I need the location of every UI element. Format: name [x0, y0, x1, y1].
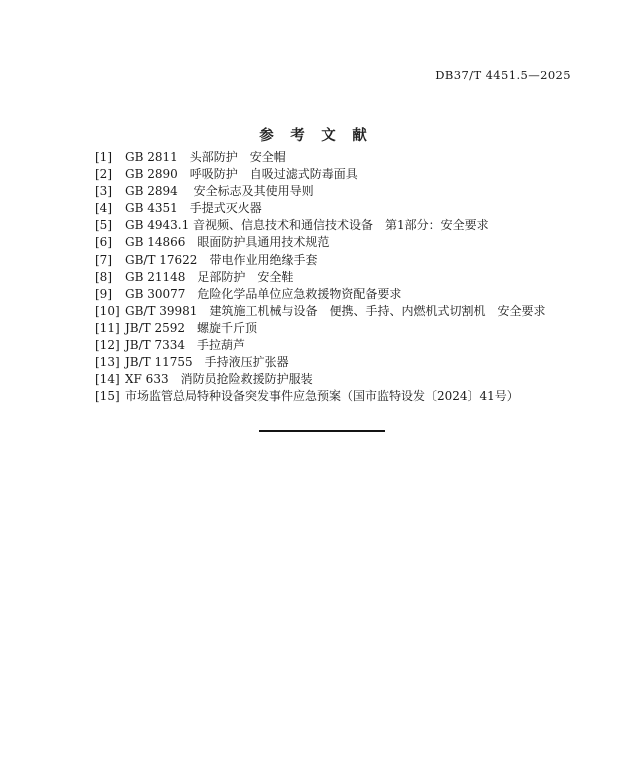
- reference-text: GB 4351 手提式灭火器: [125, 200, 607, 217]
- reference-item: [4] GB 4351 手提式灭火器: [95, 200, 607, 217]
- reference-text: GB 14866 眼面防护具通用技术规范: [125, 234, 607, 251]
- reference-number: [1]: [95, 149, 125, 166]
- reference-item: [11] JB/T 2592 螺旋千斤顶: [95, 320, 607, 337]
- reference-item: [14] XF 633 消防员抢险救援防护服装: [95, 371, 607, 388]
- reference-item: [10] GB/T 39981 建筑施工机械与设备 便携、手持、内燃机式切割机 …: [95, 303, 607, 320]
- reference-number: [3]: [95, 183, 125, 200]
- reference-number: [12]: [95, 337, 125, 354]
- document-page: DB37/T 4451.5—2025 参 考 文 献 [1] GB 2811 头…: [0, 0, 627, 761]
- doc-number: DB37/T 4451.5—2025: [435, 68, 571, 82]
- reference-item: [5] GB 4943.1 音视频、信息技术和通信技术设备 第1部分：安全要求: [95, 217, 607, 234]
- reference-item: [8] GB 21148 足部防护 安全鞋: [95, 269, 607, 286]
- page-title: 参 考 文 献: [0, 124, 627, 145]
- reference-number: [2]: [95, 166, 125, 183]
- reference-number: [8]: [95, 269, 125, 286]
- reference-number: [11]: [95, 320, 125, 337]
- reference-text: GB 2894 安全标志及其使用导则: [125, 183, 607, 200]
- reference-text: GB 4943.1 音视频、信息技术和通信技术设备 第1部分：安全要求: [125, 217, 607, 234]
- reference-item: [1] GB 2811 头部防护 安全帽: [95, 149, 607, 166]
- reference-text: JB/T 11755 手持液压扩张器: [125, 354, 607, 371]
- reference-number: [13]: [95, 354, 125, 371]
- reference-item: [9] GB 30077 危险化学品单位应急救援物资配备要求: [95, 286, 607, 303]
- reference-text: GB/T 39981 建筑施工机械与设备 便携、手持、内燃机式切割机 安全要求: [125, 303, 607, 320]
- reference-number: [4]: [95, 200, 125, 217]
- reference-text: JB/T 2592 螺旋千斤顶: [125, 320, 607, 337]
- reference-text: XF 633 消防员抢险救援防护服装: [125, 371, 607, 388]
- reference-number: [6]: [95, 234, 125, 251]
- reference-item: [13] JB/T 11755 手持液压扩张器: [95, 354, 607, 371]
- reference-text: GB 2890 呼吸防护 自吸过滤式防毒面具: [125, 166, 607, 183]
- reference-text: GB 30077 危险化学品单位应急救援物资配备要求: [125, 286, 607, 303]
- reference-item: [6] GB 14866 眼面防护具通用技术规范: [95, 234, 607, 251]
- reference-number: [7]: [95, 252, 125, 269]
- reference-text: GB 2811 头部防护 安全帽: [125, 149, 607, 166]
- reference-number: [15]: [95, 388, 125, 405]
- reference-item: [2] GB 2890 呼吸防护 自吸过滤式防毒面具: [95, 166, 607, 183]
- reference-number: [14]: [95, 371, 125, 388]
- reference-item: [12] JB/T 7334 手拉葫芦: [95, 337, 607, 354]
- reference-number: [10]: [95, 303, 125, 320]
- reference-number: [9]: [95, 286, 125, 303]
- reference-text: JB/T 7334 手拉葫芦: [125, 337, 607, 354]
- reference-text: 市场监管总局特种设备突发事件应急预案（国市监特设发〔2024〕41号）: [125, 388, 607, 405]
- reference-number: [5]: [95, 217, 125, 234]
- end-of-document-divider: [259, 430, 385, 432]
- reference-text: GB 21148 足部防护 安全鞋: [125, 269, 607, 286]
- reference-item: [3] GB 2894 安全标志及其使用导则: [95, 183, 607, 200]
- reference-item: [15] 市场监管总局特种设备突发事件应急预案（国市监特设发〔2024〕41号）: [95, 388, 607, 405]
- reference-text: GB/T 17622 带电作业用绝缘手套: [125, 252, 607, 269]
- reference-item: [7] GB/T 17622 带电作业用绝缘手套: [95, 252, 607, 269]
- references-list: [1] GB 2811 头部防护 安全帽 [2] GB 2890 呼吸防护 自吸…: [95, 149, 607, 405]
